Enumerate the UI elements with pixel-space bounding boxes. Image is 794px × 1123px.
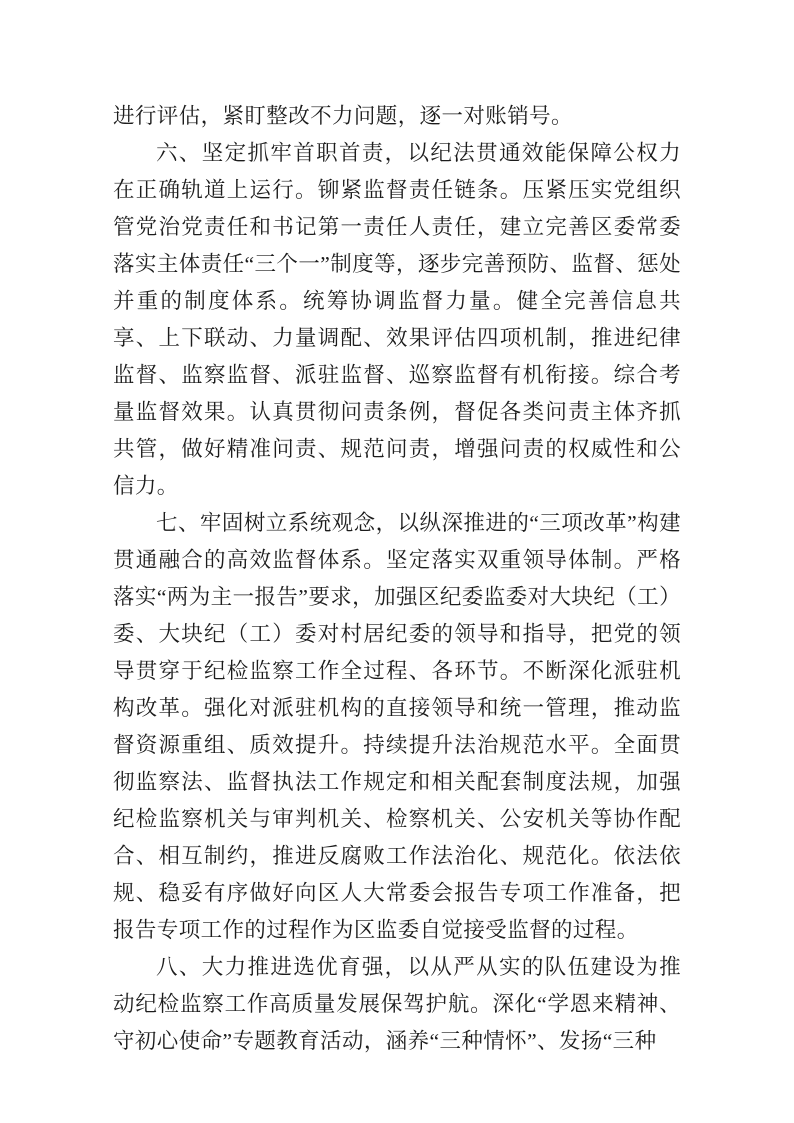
paragraph-item-six: 六、坚定抓牢首职首责，以纪法贯通效能保障公权力在正确轨道上运行。铆紧监督责任链条… <box>113 135 681 505</box>
document-page: 进行评估，紧盯整改不力问题，逐一对账销号。 六、坚定抓牢首职首责，以纪法贯通效能… <box>0 0 794 1123</box>
paragraph-item-seven: 七、牢固树立系统观念，以纵深推进的“三项改革”构建贯通融合的高效监督体系。坚定落… <box>113 505 681 949</box>
document-body-text: 进行评估，紧盯整改不力问题，逐一对账销号。 六、坚定抓牢首职首责，以纪法贯通效能… <box>113 98 681 1060</box>
paragraph-continuation: 进行评估，紧盯整改不力问题，逐一对账销号。 <box>113 98 681 135</box>
paragraph-item-eight: 八、大力推进选优育强，以从严从实的队伍建设为推动纪检监察工作高质量发展保驾护航。… <box>113 949 681 1060</box>
